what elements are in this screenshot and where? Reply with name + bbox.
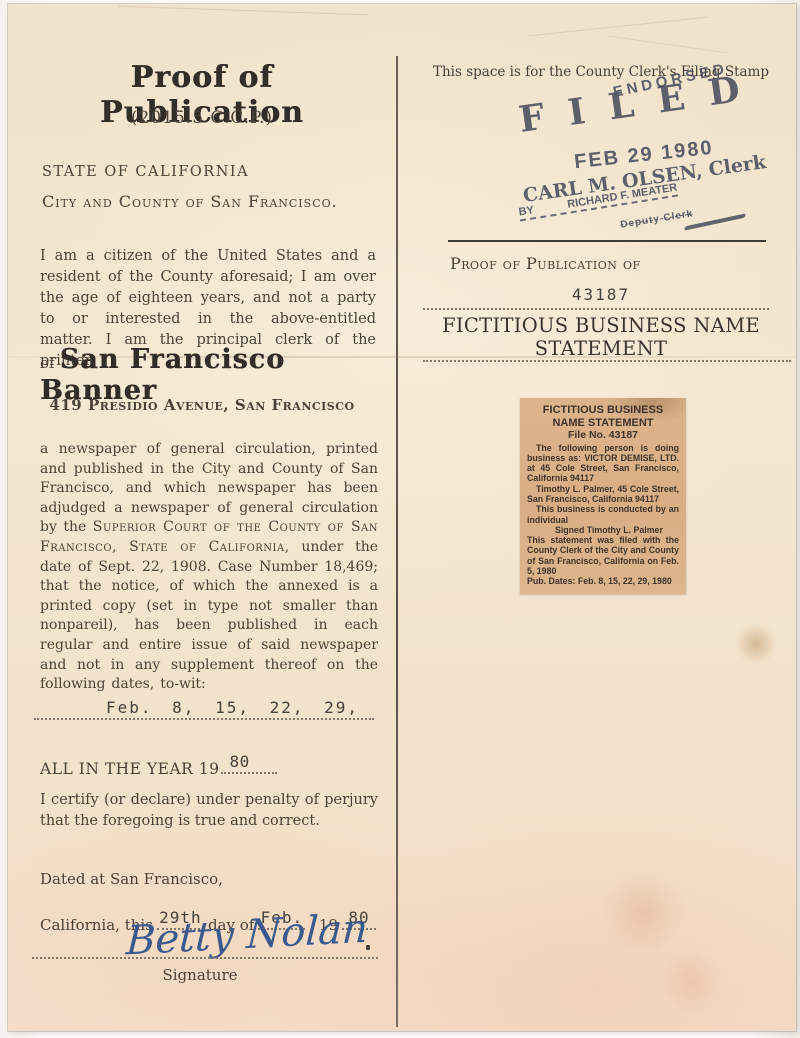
year-line: ALL IN THE YEAR 19 80	[40, 756, 277, 778]
column-divider-line	[396, 56, 398, 1027]
state-heading: STATE OF CALIFORNIA	[42, 164, 249, 180]
dotted-rule	[423, 308, 769, 310]
statement-title-line2: STATEMENT	[416, 337, 786, 360]
clipping-pub-dates: Pub. Dates: Feb. 8, 15, 22, 29, 1980	[527, 576, 679, 586]
newspaper-clipping: FICTITIOUS BUSINESS NAME STATEMENT File …	[520, 398, 686, 594]
signature-line	[32, 957, 378, 959]
year-label: ALL IN THE YEAR 19	[40, 760, 219, 778]
of-label: of	[40, 354, 55, 372]
stamp-dash	[534, 208, 568, 213]
proof-of-publication-label: Proof of Publication of	[450, 254, 641, 273]
clipping-paragraph: The following person is doing business a…	[527, 443, 679, 484]
county-heading: City and County of San Francisco.	[42, 192, 338, 211]
code-citation: (2015.5 C.C.P.)	[32, 108, 372, 128]
statement-title-line1: FICTITIOUS BUSINESS NAME	[416, 314, 786, 337]
section-rule	[448, 240, 766, 242]
stain	[598, 872, 688, 952]
year-value: 80	[229, 752, 249, 771]
clipping-paragraph: This statement was filed with the County…	[527, 535, 679, 576]
stain	[656, 952, 726, 1012]
paper-crease	[609, 36, 728, 54]
paper-crease	[528, 17, 707, 37]
certification-text: I certify (or declare) under penalty of …	[40, 790, 378, 832]
paper-crease	[118, 6, 368, 16]
stamp-filed: FILED	[516, 65, 766, 141]
clipping-file-number: File No. 43187	[527, 429, 679, 442]
signature-label: Signature	[140, 966, 260, 984]
stamp-deputy-title: Deputy Clerk	[620, 208, 695, 230]
stain	[734, 624, 778, 664]
newspaper-address: 419 Presidio Avenue, San Francisco	[32, 396, 372, 414]
clipping-signed-line: Signed Timothy L. Palmer	[527, 525, 679, 535]
clipping-title-line2: NAME STATEMENT	[527, 417, 679, 430]
dated-at-line: Dated at San Francisco,	[40, 870, 223, 888]
statement-title: FICTITIOUS BUSINESS NAME STATEMENT	[416, 314, 786, 360]
publication-dates-field: Feb. 8, 15, 22, 29,	[34, 690, 374, 720]
publication-dates-value: Feb. 8, 15, 22, 29,	[106, 698, 359, 717]
publication-paragraph: a newspaper of general circulation, prin…	[40, 440, 378, 695]
scan-background: Proof of Publication (2015.5 C.C.P.) STA…	[0, 0, 800, 1038]
document-page: Proof of Publication (2015.5 C.C.P.) STA…	[8, 4, 796, 1031]
clipping-title-line1: FICTITIOUS BUSINESS	[527, 404, 679, 417]
filing-stamp: ENDORSED FILED FEB 29 1980 CARL M. OLSEN…	[516, 68, 792, 232]
clipping-paragraph: Timothy L. Palmer, 45 Cole Street, San F…	[527, 484, 679, 505]
file-number: 43187	[420, 285, 782, 304]
paragraph-segment: under the date of Sept. 22, 1908. Case N…	[40, 539, 378, 692]
stamp-by-label: BY	[518, 204, 535, 218]
year-field: 80	[221, 756, 277, 774]
dotted-rule	[423, 360, 791, 362]
clipping-paragraph: This business is conducted by an individ…	[527, 504, 679, 525]
